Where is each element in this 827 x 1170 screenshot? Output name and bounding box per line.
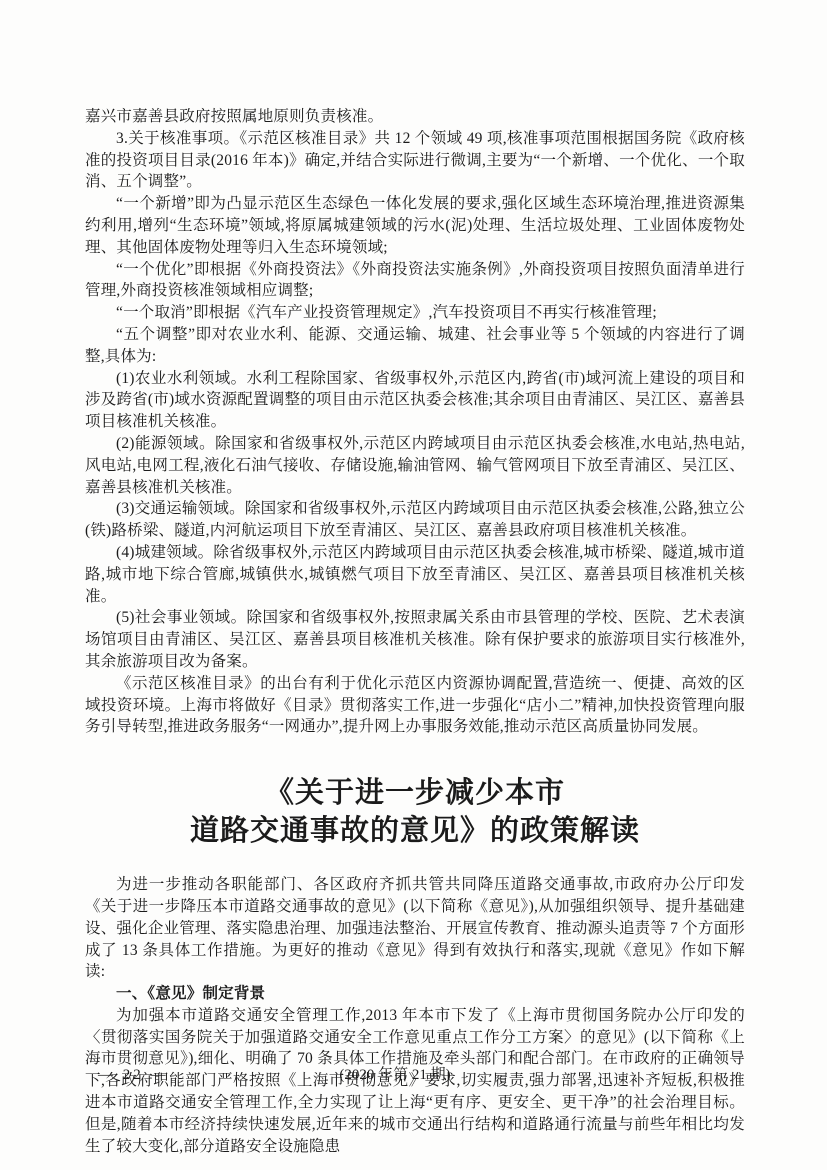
article-approval-catalog: 嘉兴市嘉善县政府按照属地原则负责核准。 3.关于核准事项。《示范区核准目录》共 … <box>85 106 745 738</box>
paragraph: (2)能源领域。除国家和省级事权外,示范区内跨域项目由示范区执委会核准,水电站,… <box>85 433 745 498</box>
paragraph: (5)社会事业领域。除国家和省级事权外,按照隶属关系由市县管理的学校、医院、艺术… <box>85 607 745 672</box>
page-footer: (2020 年第 21 期) — 22 — <box>0 1064 827 1088</box>
article-policy-interpretation: 为进一步推动各职能部门、各区政府齐抓共管共同降压道路交通事故,市政府办公厅印发《… <box>85 874 745 1157</box>
article-title: 《关于进一步减少本市道路交通事故的意见》的政策解读 <box>85 774 745 850</box>
section-heading: 一、《意见》制定背景 <box>85 983 745 1005</box>
document-page: 嘉兴市嘉善县政府按照属地原则负责核准。 3.关于核准事项。《示范区核准目录》共 … <box>0 0 827 1170</box>
paragraph: (4)城建领域。除省级事权外,示范区内跨域项目由示范区执委会核准,城市桥梁、隧道… <box>85 542 745 607</box>
paragraph: 嘉兴市嘉善县政府按照属地原则负责核准。 <box>85 106 745 128</box>
paragraph: 3.关于核准事项。《示范区核准目录》共 12 个领域 49 项,核准事项范围根据… <box>85 128 745 193</box>
paragraph: (3)交通运输领域。除国家和省级事权外,示范区内跨域项目由示范区执委会核准,公路… <box>85 498 745 542</box>
article-title-line-2: 道路交通事故的意见》的政策解读 <box>190 815 640 847</box>
paragraph: “一个取消”即根据《汽车产业投资管理规定》,汽车投资项目不再实行核准管理; <box>85 302 745 324</box>
footer-page-number: — 22 — <box>98 1064 169 1086</box>
paragraph: “五个调整”即对农业水利、能源、交通运输、城建、社会事业等 5 个领域的内容进行… <box>85 324 745 368</box>
paragraph: “一个优化”即根据《外商投资法》《外商投资法实施条例》,外商投资项目按照负面清单… <box>85 259 745 303</box>
paragraph: 为进一步推动各职能部门、各区政府齐抓共管共同降压道路交通事故,市政府办公厅印发《… <box>85 874 745 983</box>
article-title-line-1: 《关于进一步减少本市 <box>265 777 565 809</box>
paragraph: “一个新增”即为凸显示范区生态绿色一体化发展的要求,强化区域生态环境治理,推进资… <box>85 193 745 258</box>
page-content: 嘉兴市嘉善县政府按照属地原则负责核准。 3.关于核准事项。《示范区核准目录》共 … <box>85 106 745 1157</box>
paragraph: (1)农业水利领域。水利工程除国家、省级事权外,示范区内,跨省(市)域河流上建设… <box>85 368 745 433</box>
paragraph: 《示范区核准目录》的出台有利于优化示范区内资源协调配置,营造统一、便捷、高效的区… <box>85 673 745 738</box>
